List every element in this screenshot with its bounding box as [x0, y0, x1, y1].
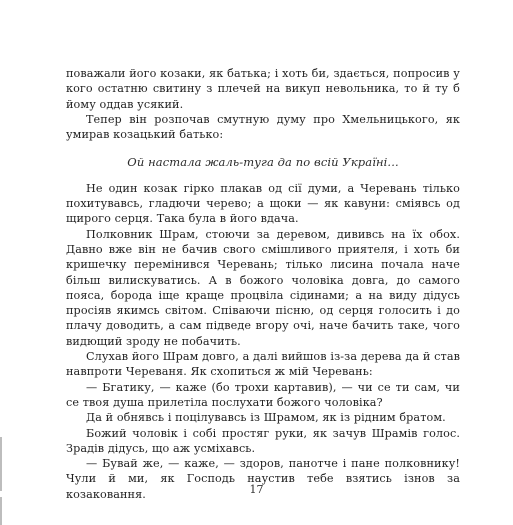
- paragraph: Слухав його Шрам довго, а далі вийшов із…: [66, 349, 460, 380]
- dialogue-paragraph: — Бгатику, — каже (бо трохи картавив), —…: [66, 380, 460, 411]
- page-body-text: поважали його козаки, як батька; і хоть …: [66, 66, 460, 502]
- paragraph: Не один козак гірко плакав од сії думи, …: [66, 181, 460, 227]
- paragraph: поважали його козаки, як батька; і хоть …: [66, 66, 460, 112]
- paragraph: Полковник Шрам, стоючи за деревом, дивив…: [66, 227, 460, 349]
- page-edge-line: [0, 497, 2, 525]
- paragraph: Тепер він розпочав смутную думу про Хмел…: [66, 112, 460, 143]
- verse-line: Ой настала жаль-туга да по всій Україні.…: [66, 155, 460, 170]
- paragraph: Божий чоловік і собі простяг руки, як за…: [66, 426, 460, 457]
- paragraph: Да й обнявсь і поцілувавсь із Шрамом, як…: [66, 410, 460, 425]
- book-page: поважали його козаки, як батька; і хоть …: [0, 0, 513, 525]
- page-number: 17: [0, 483, 513, 496]
